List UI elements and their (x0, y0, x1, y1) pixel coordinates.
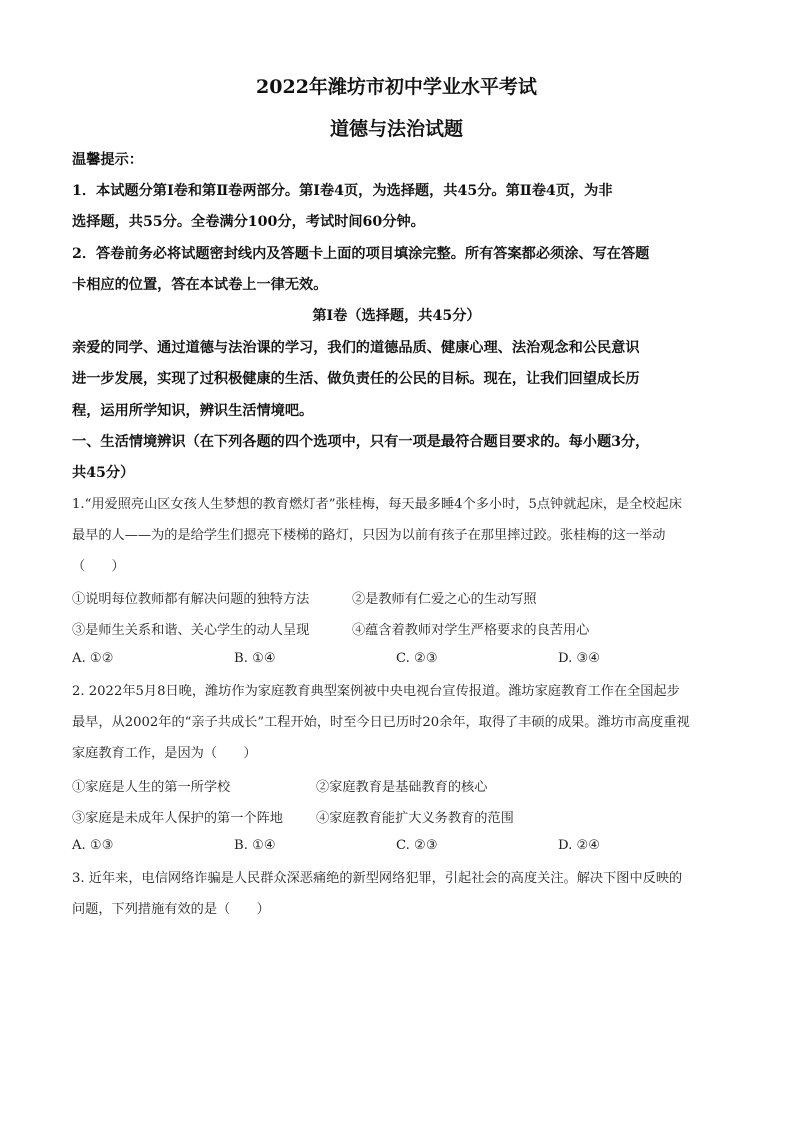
tips-heading: 温馨提示： (72, 150, 143, 170)
question-1-option-c: C. ②③ (396, 651, 438, 666)
part1-intro-line: 程，运用所学知识，辨识生活情境吧。 (72, 401, 313, 421)
section-heading: 共45分） (72, 463, 134, 483)
question-2-option-a: A. ①③ (72, 838, 114, 853)
tips-line: 1．本试题分第Ⅰ卷和第Ⅱ卷两部分。第Ⅰ卷4页，为选择题，共45分。第Ⅱ卷4页，为… (72, 181, 613, 201)
question-3-stem: 问题，下列措施有效的是（ ） (72, 900, 270, 920)
question-2-option-d: D. ②④ (558, 838, 600, 853)
part1-intro-line: 进一步发展，实现了过积极健康的生活、做负责任的公民的目标。现在，让我们回望成长历 (72, 369, 640, 389)
question-1-statement: ④蕴含着教师对学生严格要求的良苦用心 (352, 619, 589, 638)
question-1-statement: ③是师生关系和谐、关心学生的动人呈现 (72, 619, 309, 638)
question-1-option-b: B. ①④ (234, 651, 276, 666)
question-2-option-b: B. ①④ (234, 838, 276, 853)
part1-intro-line: 亲爱的同学、通过道德与法治课的学习，我们的道德品质、健康心理、法治观念和公民意识 (72, 338, 640, 358)
exam-title: 2022年潍坊市初中学业水平考试 (0, 72, 793, 99)
question-2-statement: ④家庭教育能扩大义务教育的范围 (316, 807, 514, 826)
question-2-option-c: C. ②③ (396, 838, 438, 853)
question-1-statement: ②是教师有仁爱之心的生动写照 (352, 588, 537, 607)
question-1-option-d: D. ③④ (558, 651, 600, 666)
question-2-statement: ①家庭是人生的第一所学校 (72, 776, 230, 795)
question-1-stem: 最早的人——为的是给学生们摁亮下楼梯的路灯，只因为以前有孩子在那里摔过跤。张桂梅… (72, 526, 665, 546)
question-2-statement: ②家庭教育是基础教育的核心 (316, 776, 487, 795)
section-heading: 一、生活情境辨识（在下列各题的四个选项中，只有一项是最符合题目要求的。每小题3分… (72, 432, 649, 452)
exam-subject-title: 道德与法治试题 (0, 114, 793, 141)
question-2-statement: ③家庭是未成年人保护的第一个阵地 (72, 807, 283, 826)
question-2-stem: 2. 2022年5月8日晚，潍坊作为家庭教育典型案例被中央电视台宣传报道。潍坊家… (72, 682, 680, 702)
question-1-answer-blank: （ ） (72, 557, 125, 577)
question-2-stem: 最早，从2002年的“亲子共成长”工程开始，时至今日已历时20余年，取得了丰硕的… (72, 713, 690, 733)
question-1-stem: 1.“用爱照亮山区女孩人生梦想的教育燃灯者”张桂梅，每天最多睡4个多小时，5点钟… (72, 495, 682, 515)
tips-line: 选择题，共55分。全卷满分100分，考试时间60分钟。 (72, 212, 425, 232)
question-1-option-a: A. ①② (72, 651, 114, 666)
part1-heading: 第Ⅰ卷（选择题，共45分） (0, 306, 793, 326)
question-2-stem: 家庭教育工作，是因为（ ） (72, 744, 257, 764)
exam-page: 2022年潍坊市初中学业水平考试 道德与法治试题 温馨提示： 1．本试题分第Ⅰ卷… (0, 0, 793, 1122)
tips-line: 2．答卷前务必将试题密封线内及答题卡上面的项目填涂完整。所有答案都必须涂、写在答… (72, 244, 649, 264)
question-1-statement: ①说明每位教师都有解决问题的独特方法 (72, 588, 309, 607)
question-3-stem: 3. 近年来，电信网络诈骗是人民群众深恶痛绝的新型网络犯罪，引起社会的高度关注。… (72, 869, 682, 889)
tips-line: 卡相应的位置，答在本试卷上一律无效。 (72, 275, 327, 295)
